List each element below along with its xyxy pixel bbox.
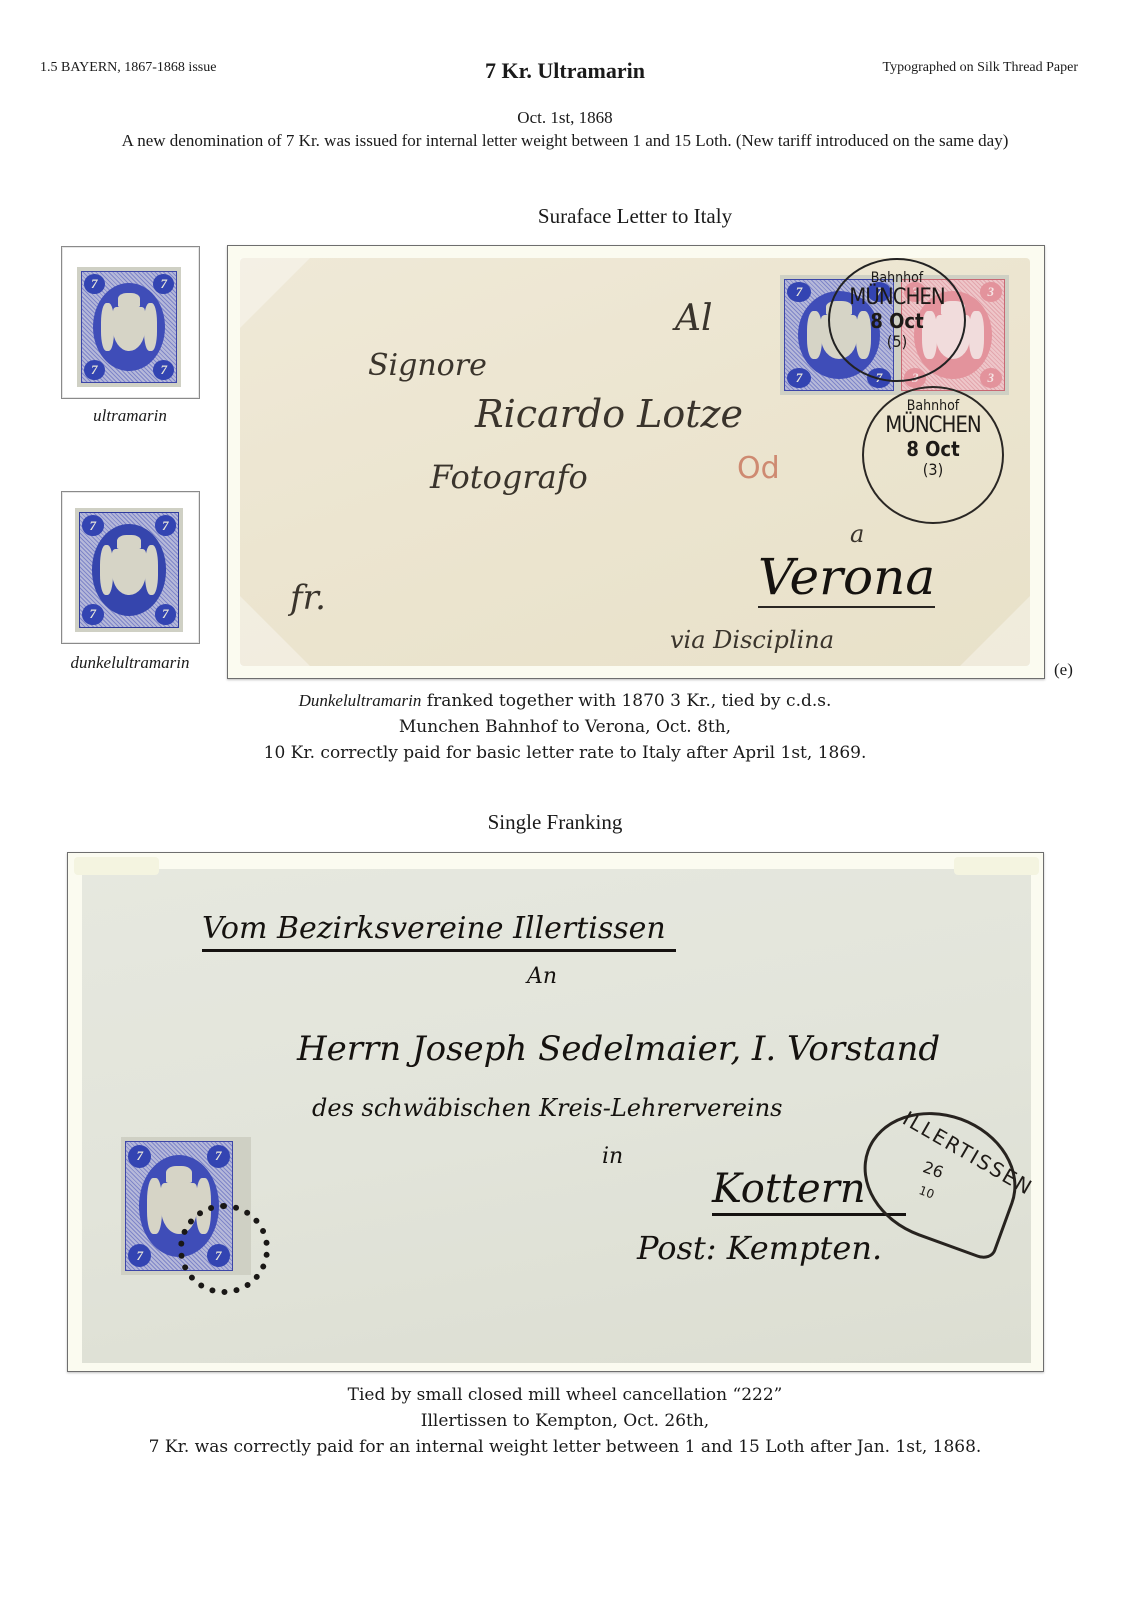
- address-city: Verona: [758, 548, 935, 608]
- stamp-7kr-dunkelultramarin: 77 77: [75, 508, 183, 632]
- shade-thumbnail-dunkelultramarin: 77 77: [61, 491, 200, 644]
- cover2-section-title: Single Franking: [0, 810, 1110, 835]
- photo-corner: [960, 596, 1030, 666]
- sender-line: Vom Bezirksvereine Illertissen: [202, 909, 676, 952]
- addressee-line: Herrn Joseph Sedelmaier, I. Vorstand: [297, 1029, 940, 1069]
- stamp-7kr-ultramarin: 77 77: [77, 267, 181, 387]
- cover1-section-title: Suraface Letter to Italy: [227, 204, 1043, 229]
- address-salutation: Al: [675, 298, 713, 339]
- printing-method-label: Typographed on Silk Thread Paper: [883, 60, 1079, 76]
- postmark-munchen-bahnhof: Bahnhof MÜNCHEN 8 Oct (3): [862, 386, 1004, 524]
- cover2-folded-letter: Vom Bezirksvereine Illertissen An Herrn …: [82, 869, 1031, 1363]
- organisation-line: des schwäbischen Kreis-Lehrervereins: [312, 1094, 782, 1122]
- address-profession: Fotografo: [430, 458, 588, 496]
- cover1-caption-line3: 10 Kr. correctly paid for basic letter r…: [0, 740, 1130, 766]
- cover2-caption: Tied by small closed mill wheel cancella…: [0, 1382, 1130, 1460]
- postmark-munchen-bahnhof-on-stamps: Bahnhof MÜNCHEN 8 Oct (5): [828, 258, 966, 382]
- address-to: An: [527, 964, 557, 989]
- cover1-caption-line2: Munchen Bahnhof to Verona, Oct. 8th,: [0, 714, 1130, 740]
- intro-block: Oct. 1st, 1868 A new denomination of 7 K…: [0, 106, 1130, 152]
- address-post: Post: Kempten.: [637, 1229, 882, 1267]
- franco-mark: fr.: [290, 578, 326, 618]
- cover2-image: Vom Bezirksvereine Illertissen An Herrn …: [67, 852, 1044, 1372]
- cover2-caption-line2: Illertissen to Kempton, Oct. 26th,: [0, 1408, 1130, 1434]
- photo-corner: [74, 857, 159, 875]
- issue-date: Oct. 1st, 1868: [0, 106, 1130, 129]
- cover2-caption-line1: Tied by small closed mill wheel cancella…: [0, 1382, 1130, 1408]
- address-prefix: a: [850, 520, 864, 548]
- shade-label-ultramarin: ultramarin: [50, 406, 210, 426]
- cover2-caption-line3: 7 Kr. was correctly paid for an internal…: [0, 1434, 1130, 1460]
- address-route: via Disciplina: [670, 626, 834, 654]
- cover1-marker: (e): [1054, 660, 1073, 680]
- cover1-envelope: 77 77 33 33 Bahnhof MÜNCHEN 8 Oct (5) Ba…: [240, 258, 1030, 666]
- cover1-caption: Dunkelultramarin franked together with 1…: [0, 688, 1130, 766]
- shade-thumbnail-ultramarin: 77 77: [61, 246, 200, 399]
- shade-label-dunkelultramarin: dunkelultramarin: [50, 653, 210, 673]
- cover1-caption-line1: Dunkelultramarin franked together with 1…: [0, 688, 1130, 714]
- mill-wheel-cancellation: [178, 1203, 270, 1295]
- cover1-image: 77 77 33 33 Bahnhof MÜNCHEN 8 Oct (5) Ba…: [227, 245, 1045, 679]
- intro-text: A new denomination of 7 Kr. was issued f…: [0, 129, 1130, 152]
- photo-corner: [954, 857, 1039, 875]
- address-title: Signore: [368, 348, 487, 383]
- address-in: in: [602, 1144, 623, 1169]
- photo-corner: [240, 258, 310, 328]
- red-accountancy-mark: Od: [737, 451, 780, 486]
- address-name: Ricardo Lotze: [475, 392, 743, 436]
